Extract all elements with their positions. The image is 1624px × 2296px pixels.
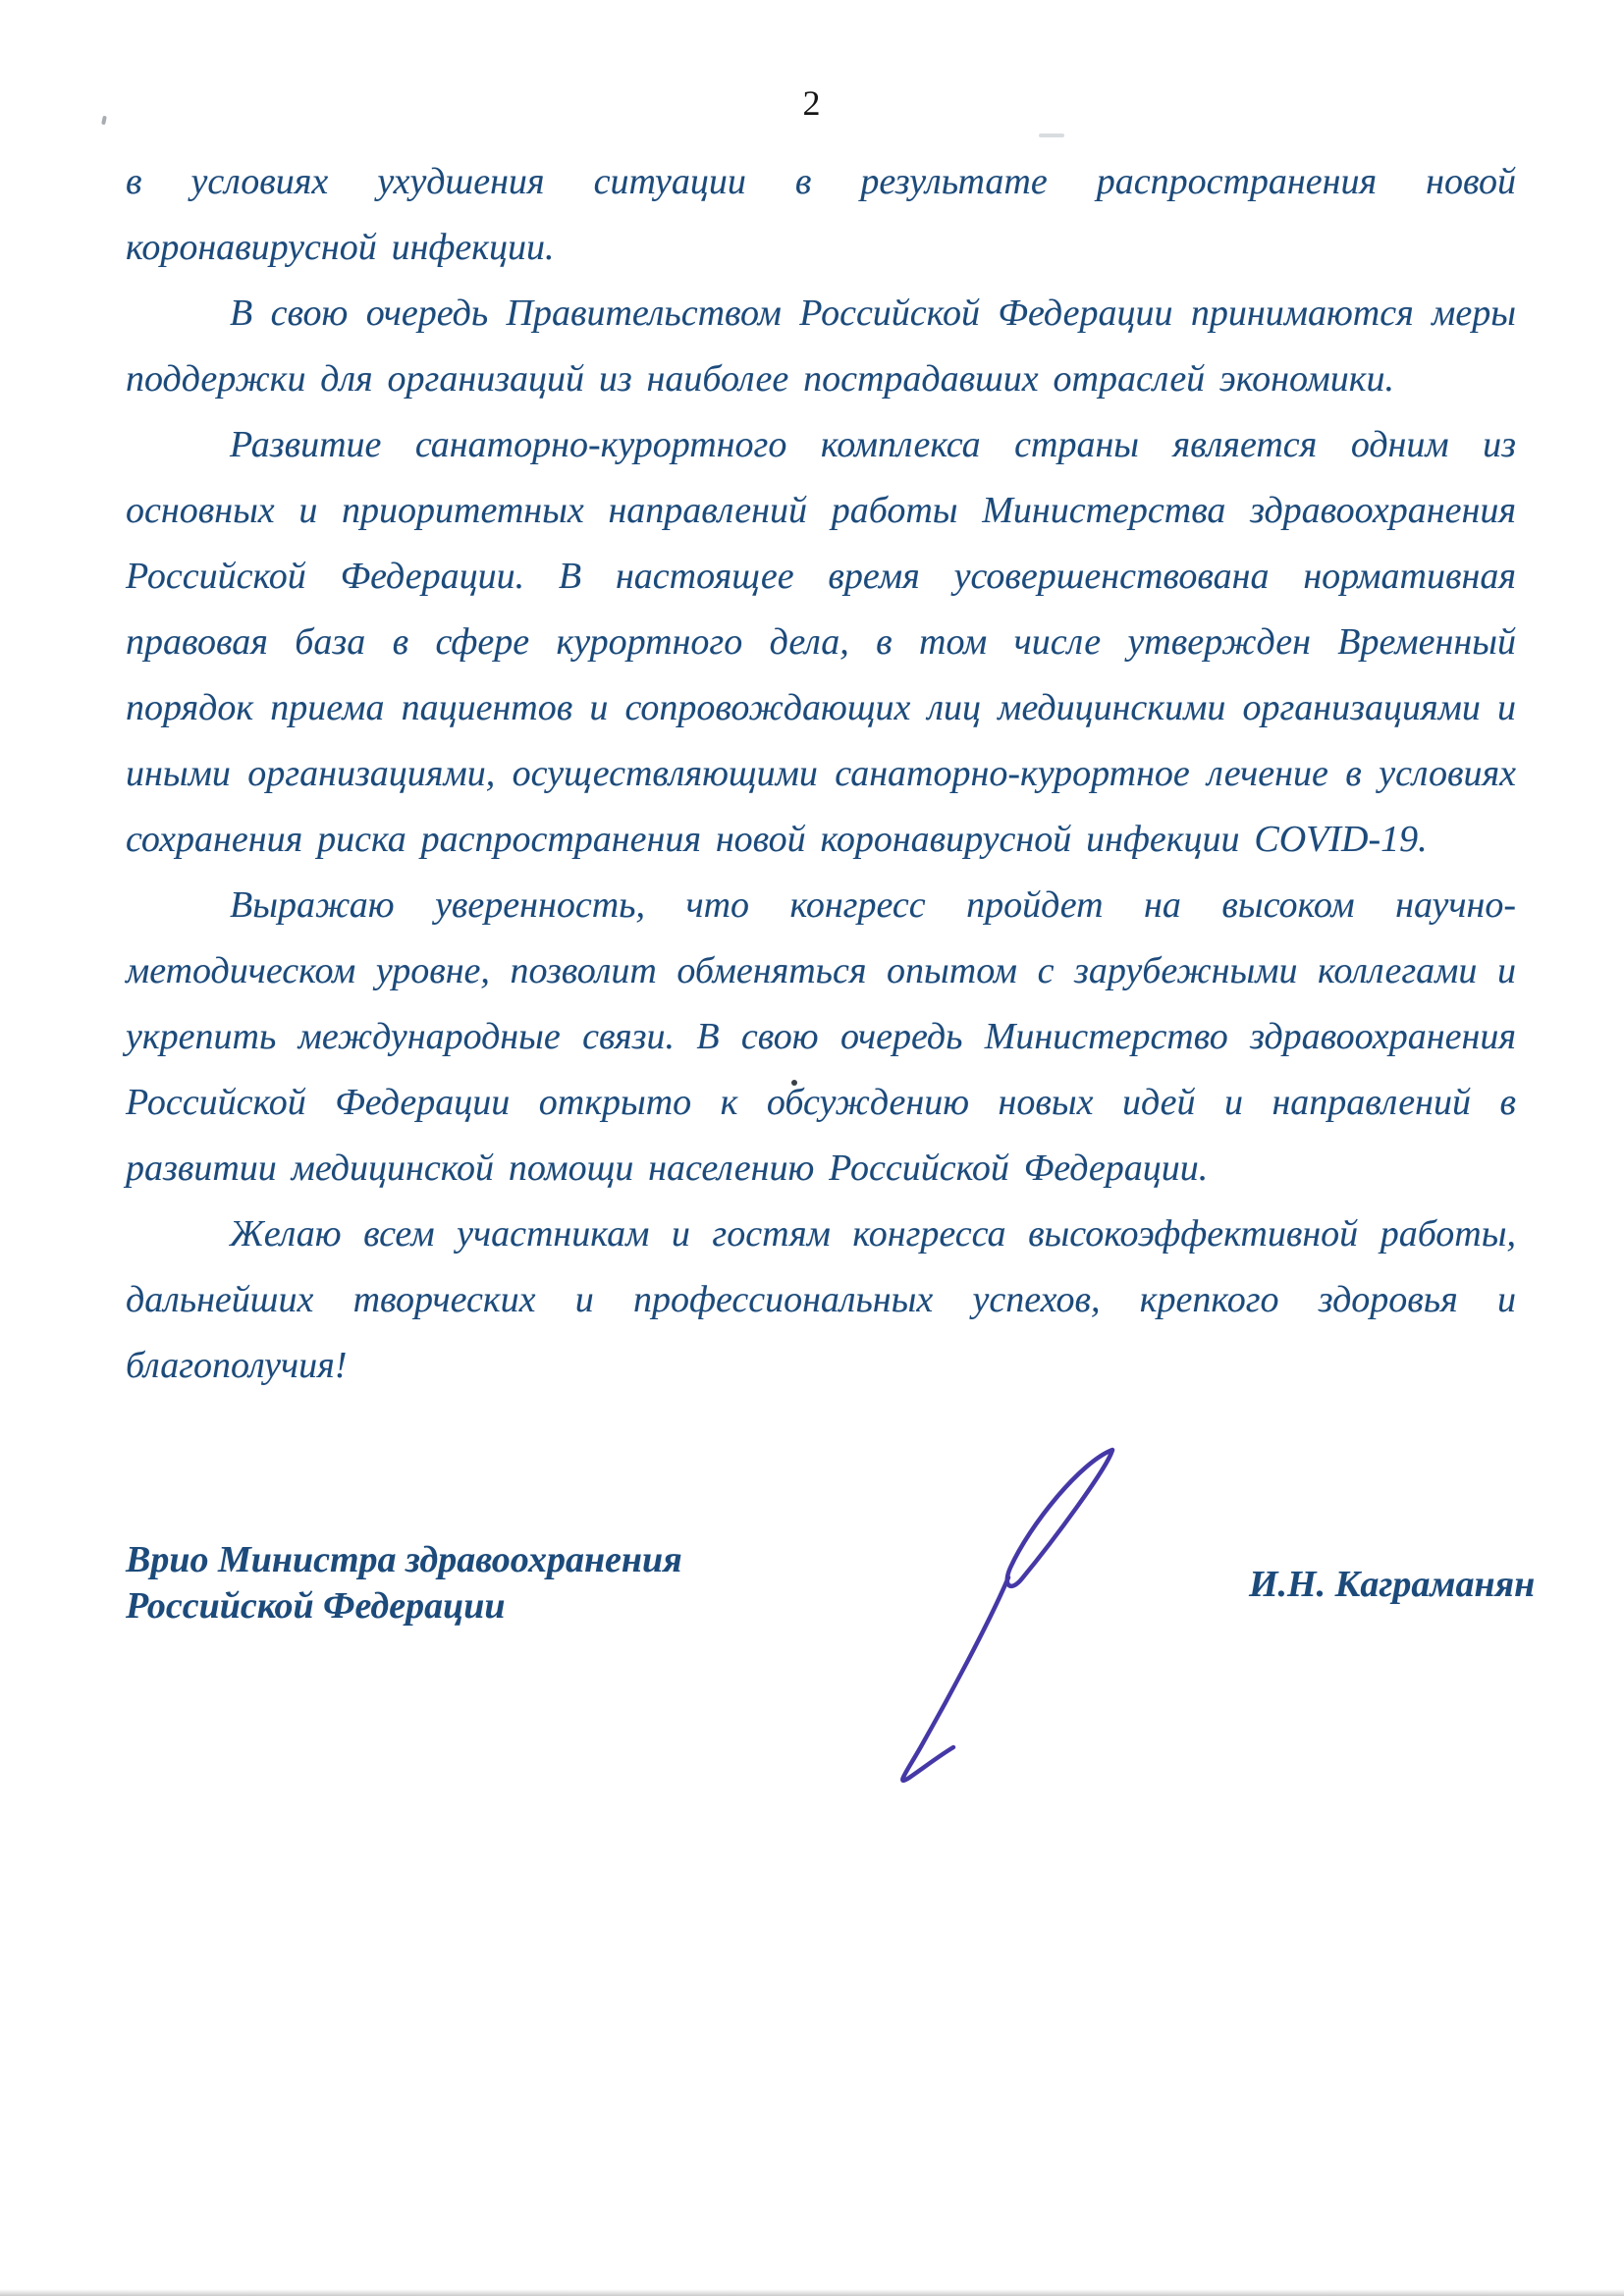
letter-body: в условиях ухудшения ситуации в результа… [126, 149, 1516, 1399]
page-number: 2 [0, 82, 1624, 124]
paragraph: в условиях ухудшения ситуации в результа… [126, 149, 1516, 281]
signature-role-title: Врио Министра здравоохранения Российской… [126, 1537, 682, 1629]
scan-edge-shadow [0, 2289, 1624, 2296]
signature-stroke-tail [902, 1577, 1008, 1781]
paragraph: В свою очередь Правительством Российской… [126, 281, 1516, 412]
signature-name: И.Н. Каграманян [1249, 1563, 1535, 1606]
paragraph: Развитие санаторно-курортного комплекса … [126, 412, 1516, 873]
signature-role-line2: Российской Федерации [126, 1583, 682, 1629]
signature-stroke-loop [1007, 1450, 1112, 1586]
paragraph: Желаю всем участникам и гостям конгресса… [126, 1201, 1516, 1399]
scanned-letter-page: 2 в условиях ухудшения ситуации в резуль… [0, 0, 1624, 2296]
signature-role-line1: Врио Министра здравоохранения [126, 1537, 682, 1583]
scan-artifact [791, 1080, 797, 1086]
scan-artifact [1039, 133, 1064, 137]
paragraph: Выражаю уверенность, что конгресс пройде… [126, 873, 1516, 1201]
